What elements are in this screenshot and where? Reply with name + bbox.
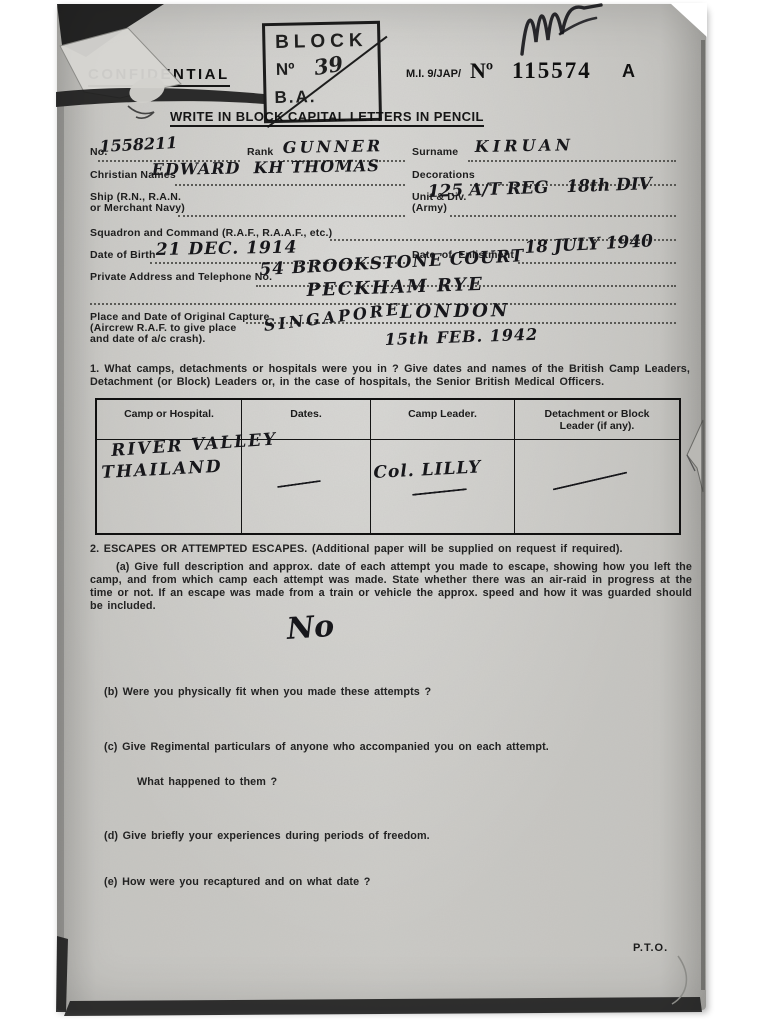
field-label-surname: Surname <box>412 146 458 158</box>
question-2a-text: (a) Give full description and approx. da… <box>90 561 692 613</box>
question-1-text: 1. What camps, detachments or hospitals … <box>90 363 690 389</box>
field-label-ship-2: or Merchant Navy) <box>90 202 185 214</box>
dotted-line <box>450 215 676 217</box>
block-stamp-no-value: 39 <box>312 51 345 80</box>
field-label-unit-2: (Army) <box>412 202 447 214</box>
question-2b-text: (b) Were you physically fit when you mad… <box>104 686 664 699</box>
dotted-line <box>178 215 405 217</box>
question-2c-followup: What happened to them ? <box>137 776 537 789</box>
mi9-ref-label: M.I. 9/JAP/ <box>406 68 461 80</box>
question-2e-text: (e) How were you recaptured and on what … <box>104 876 664 889</box>
field-label-rank: Rank <box>247 146 273 158</box>
table-cell-block-leader <box>514 440 679 533</box>
field-label-dob: Date of Birth <box>90 249 156 261</box>
serial-number: 115574 <box>512 58 592 84</box>
address-line-3: LONDON <box>400 300 511 323</box>
field-label-decorations: Decorations <box>412 169 475 181</box>
service-number-value: 1558211 <box>99 133 178 156</box>
dotted-line <box>468 160 676 162</box>
series-letter: A <box>622 61 635 82</box>
block-number-stamp: BLOCK Nº 39 B.A. <box>262 21 382 123</box>
confidential-stamp: CONFIDENTIAL <box>88 66 230 87</box>
rank-value: GUNNER <box>283 136 384 157</box>
page-turn-over-note: P.T.O. <box>633 942 668 954</box>
christian-names-value: EDWARD KH THOMAS <box>152 156 380 179</box>
surname-value: KIRUAN <box>475 135 575 156</box>
block-stamp-word: BLOCK <box>265 30 377 54</box>
dotted-line <box>518 262 676 264</box>
table-cell-dates <box>241 440 370 533</box>
question-2-title: 2. ESCAPES OR ATTEMPTED ESCAPES. (Additi… <box>90 543 690 556</box>
scanned-document: CONFIDENTIAL BLOCK Nº 39 B.A. M.I. 9/JAP… <box>0 0 772 1024</box>
table-header-camp-leader: Camp Leader. <box>370 400 514 440</box>
serial-no-symbol: Nº <box>470 58 493 84</box>
escape-answer-no: No <box>286 609 336 647</box>
table-cell-camp-leader <box>370 440 514 533</box>
dotted-line <box>175 184 405 186</box>
date-of-birth-value: 21 DEC. 1914 <box>156 238 298 260</box>
question-2c-text: (c) Give Regimental particulars of anyon… <box>104 741 664 754</box>
table-header-block-leader: Detachment or Block Leader (if any). <box>514 400 679 440</box>
question-2d-text: (d) Give briefly your experiences during… <box>104 830 664 843</box>
block-stamp-no-label: Nº <box>276 60 295 80</box>
field-label-capture-3: and date of a/c crash). <box>90 333 205 345</box>
field-label-address: Private Address and Telephone No. <box>90 271 272 283</box>
